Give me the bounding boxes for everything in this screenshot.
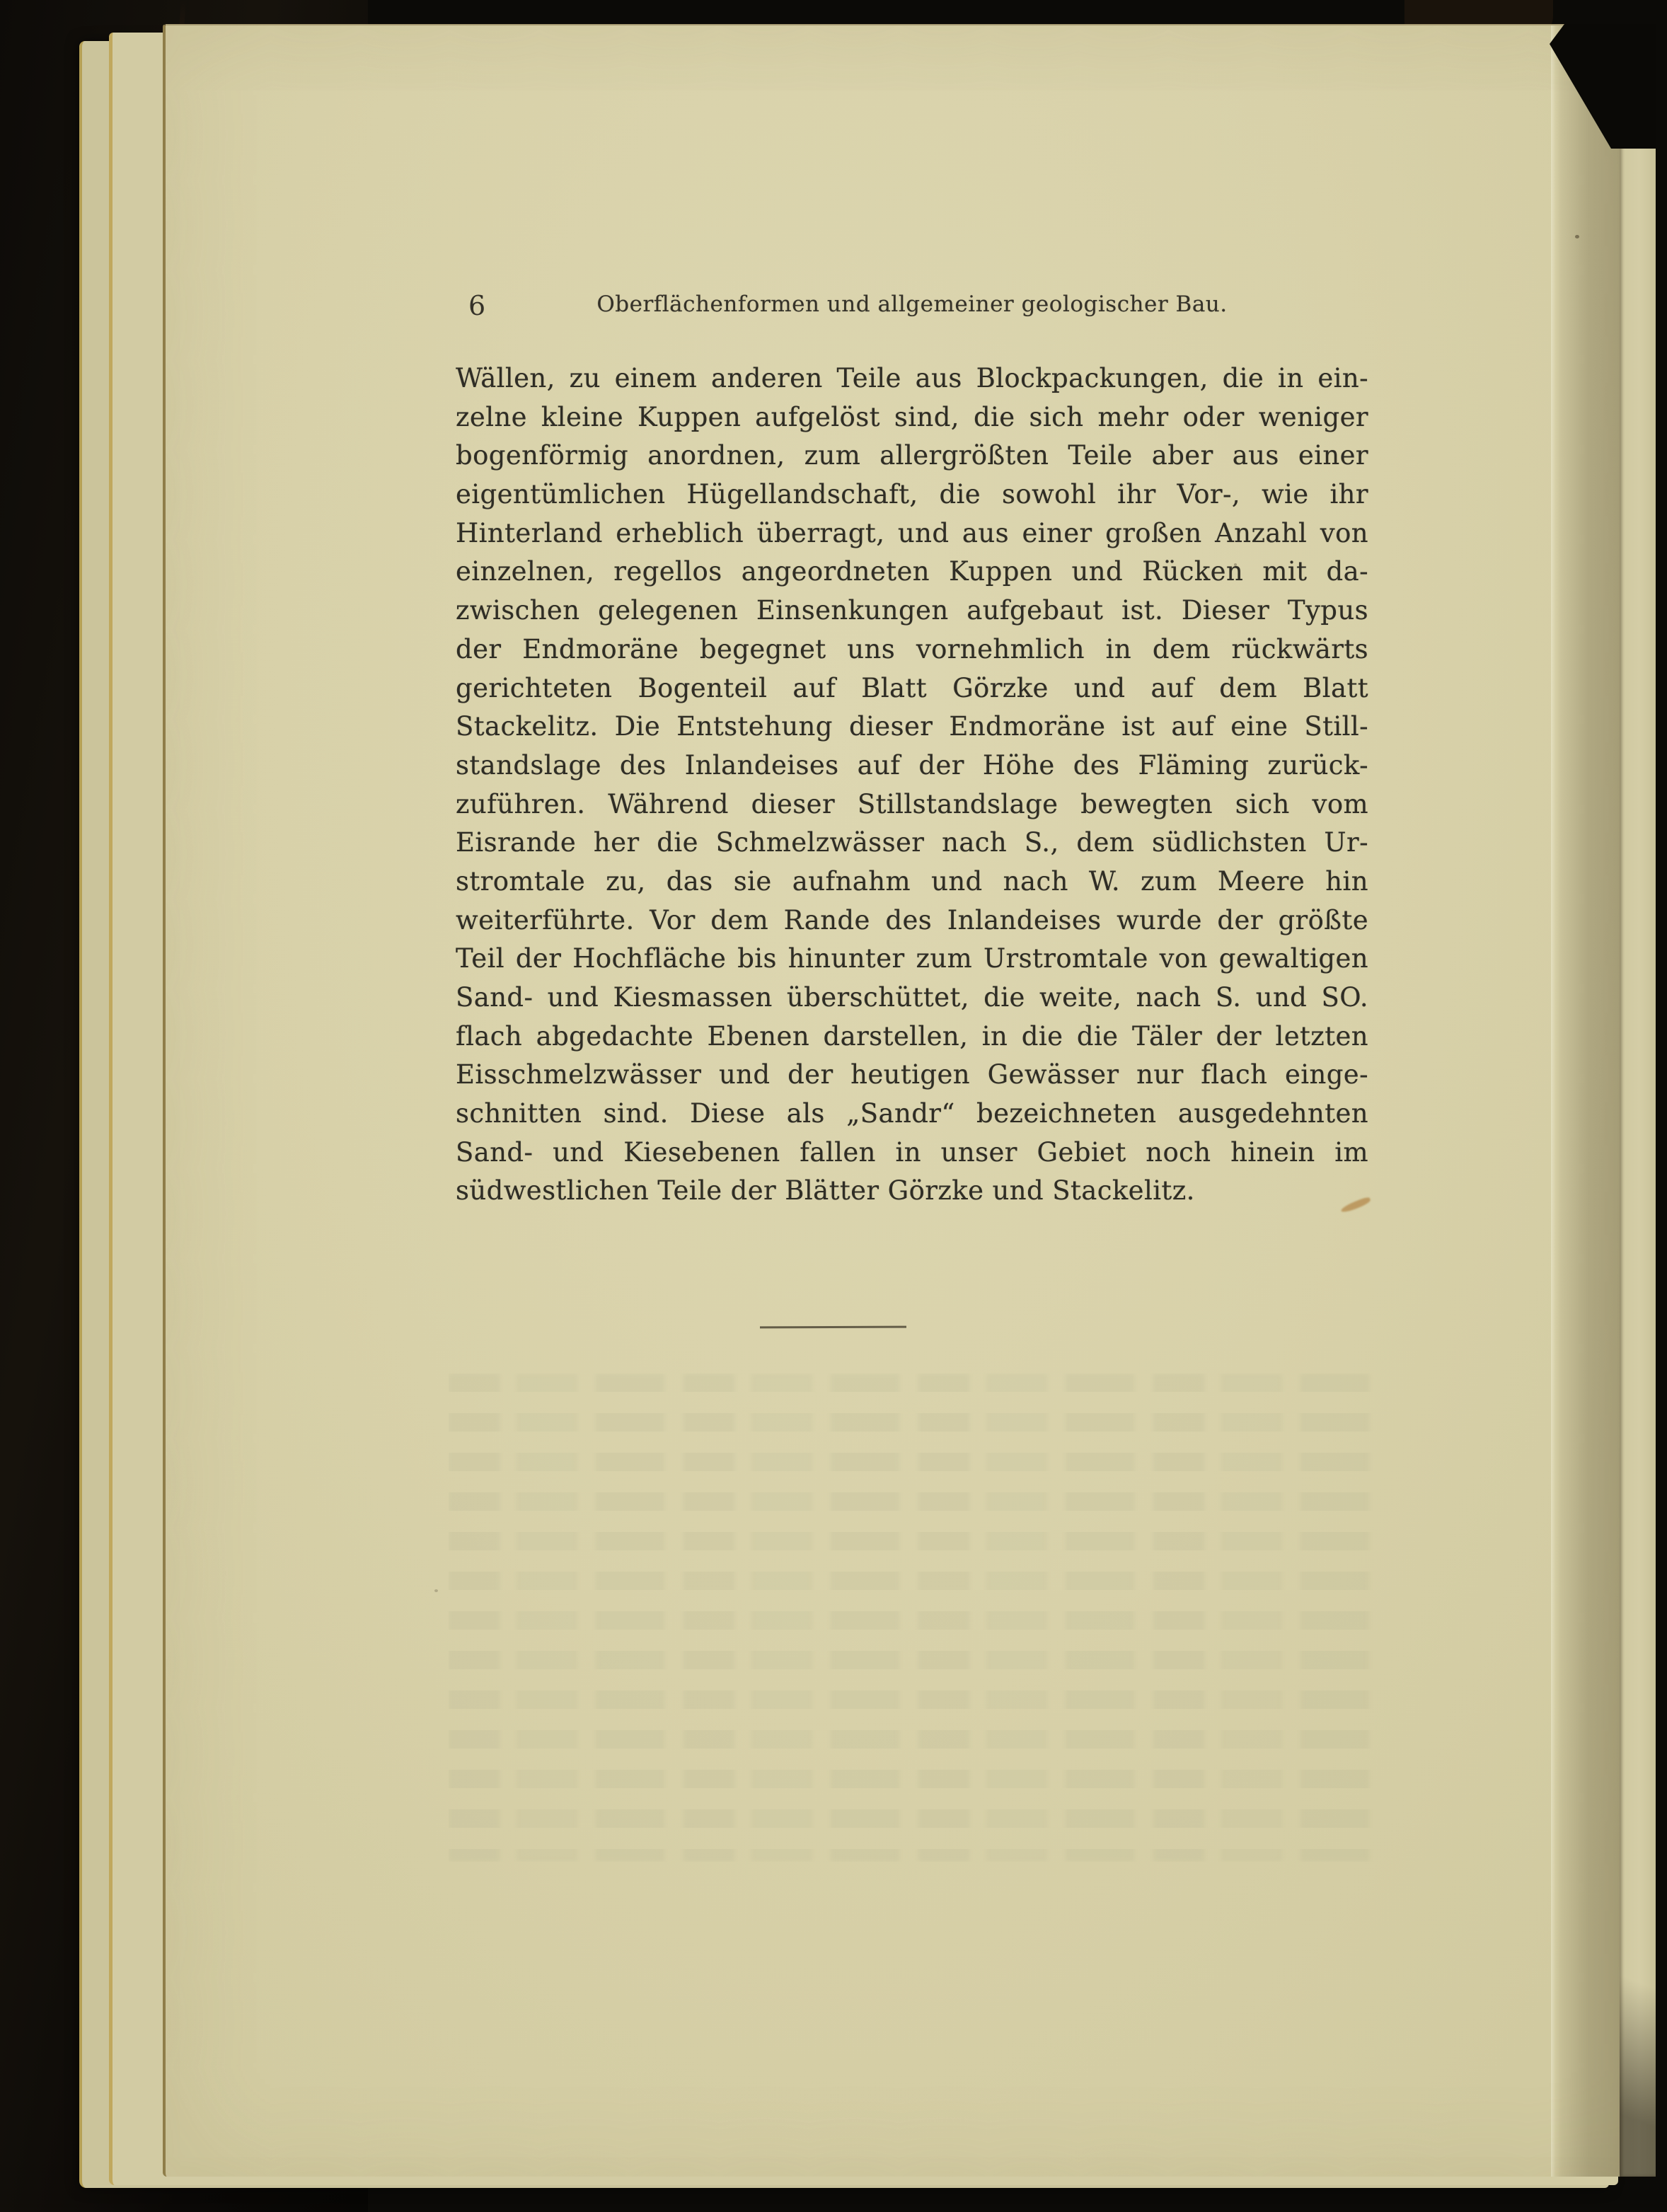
text-line: eigentümlichen Hügellandschaft, die sowo… [456, 476, 1368, 514]
text-line: Eisrande her die Schmelzwässer nach S., … [456, 824, 1368, 863]
text-line: flach abgedachte Ebenen darstellen, in d… [456, 1018, 1368, 1056]
text-line: einzelnen, regellos angeordneten Kuppen … [456, 553, 1368, 592]
bleed-through-text [449, 1373, 1383, 1862]
text-line: schnitten sind. Diese als „Sandr“ bezeic… [456, 1095, 1368, 1134]
paper-speck [434, 1589, 438, 1592]
text-line: Hinterland erheblich überragt, und aus e… [456, 514, 1368, 553]
text-line: Eisschmelzwässer und der heutigen Gewäss… [456, 1056, 1368, 1095]
text-line: zwischen gelegenen Einsenkungen aufgebau… [456, 592, 1368, 630]
text-line: stromtale zu, das sie aufnahm und nach W… [456, 863, 1368, 901]
paper-speck [1234, 563, 1237, 566]
text-line: zuführen. Während dieser Stillstandslage… [456, 785, 1368, 824]
text-line: Sand- und Kiesebenen fallen in unser Geb… [456, 1134, 1368, 1173]
adjacent-page-edge [1620, 25, 1656, 2177]
book-page: 6 Oberflächenformen und allgemeiner geol… [163, 24, 1656, 2177]
text-line: Teil der Hochfläche bis hinunter zum Urs… [456, 940, 1368, 979]
page-gutter-shadow [1551, 25, 1620, 2177]
section-divider-rule [760, 1326, 906, 1329]
text-line: Stackelitz. Die Entstehung dieser Endmor… [456, 708, 1368, 747]
page-number: 6 [468, 290, 485, 321]
page-header: 6 Oberflächenformen und allgemeiner geol… [456, 289, 1368, 323]
text-line: zelne kleine Kuppen aufgelöst sind, die … [456, 398, 1368, 437]
text-line: bogenförmig anordnen, zum allergrößten T… [456, 437, 1368, 476]
text-line: der Endmoräne begegnet uns vornehmlich i… [456, 630, 1368, 669]
text-line: Wällen, zu einem anderen Teile aus Block… [456, 359, 1368, 398]
body-text: Wällen, zu einem anderen Teile aus Block… [456, 359, 1368, 1211]
text-line: südwestlichen Teile der Blätter Görzke u… [456, 1172, 1368, 1211]
text-line: standslage des Inlandeises auf der Höhe … [456, 747, 1368, 785]
text-line: Sand- und Kiesmassen überschüttet, die w… [456, 979, 1368, 1018]
text-line: gerichteten Bogenteil auf Blatt Görzke u… [456, 669, 1368, 708]
text-line: weiterführte. Vor dem Rande des Inlandei… [456, 901, 1368, 940]
running-header: Oberflächenformen und allgemeiner geolog… [456, 289, 1368, 320]
gutter-corner-shadow [1620, 1879, 1656, 2177]
